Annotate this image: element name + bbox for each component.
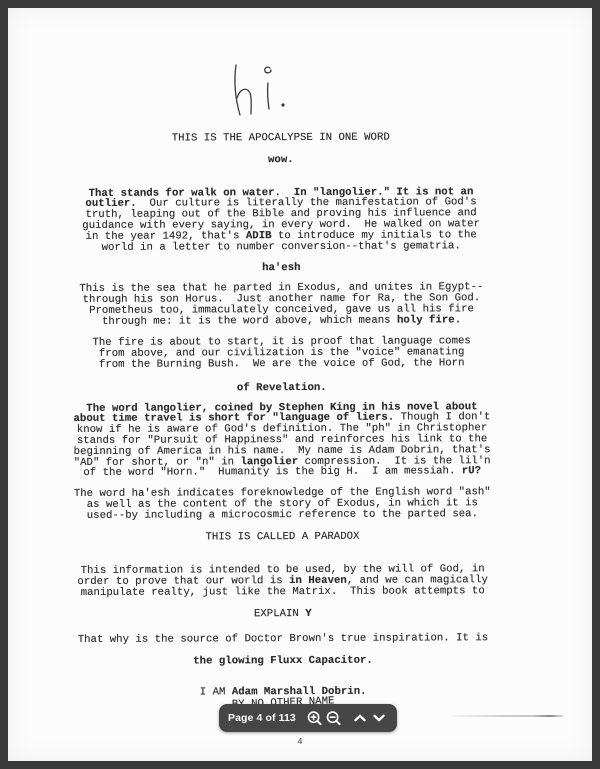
paragraph-fire-start: The fire is about to start, it is proof … <box>8 336 556 371</box>
text-line: the glowing Fluxx Capacitor. <box>9 655 557 668</box>
paradox-heading: THIS IS CALLED A PARADOX <box>8 530 556 543</box>
document-text: THIS IS THE APOCALYPSE IN ONE WORDwow.Th… <box>7 132 594 721</box>
magnifier-minus-icon <box>325 710 342 727</box>
text-line: THIS IS THE APOCALYPSE IN ONE WORD <box>7 132 555 145</box>
paragraph-haesh-ash: The word ha'esh indicates foreknowledge … <box>8 487 556 522</box>
text-line: ha'esh <box>7 262 555 275</box>
explain-y-heading: EXPLAIN Y <box>9 608 557 621</box>
wow-line: wow. <box>7 154 555 167</box>
page-footer-number: 4 <box>8 737 592 747</box>
paragraph-doctor-brown: That why is the source of Doctor Brown's… <box>9 632 557 645</box>
zoom-in-button[interactable] <box>306 707 323 729</box>
next-page-button[interactable] <box>371 707 388 729</box>
paragraph-walk-on-water: That stands for walk on water. In "lango… <box>7 186 555 253</box>
paragraph-heaven-matrix: This information is intended to be used,… <box>9 564 557 599</box>
magnifier-plus-icon <box>306 710 323 727</box>
revelation-heading: of Revelation. <box>8 382 556 395</box>
text-line: manipulate realty, just like the Matrix.… <box>9 586 557 599</box>
text-line: used--by including a microcosmic referen… <box>8 509 556 522</box>
page-indicator: Page 4 of 113 <box>228 712 296 724</box>
title-line: THIS IS THE APOCALYPSE IN ONE WORD <box>7 132 555 145</box>
paragraph-parted-sea: This is the sea that he parted in Exodus… <box>7 282 555 328</box>
pdf-toolbar: Page 4 of 113 <box>219 704 397 732</box>
paragraph-langolier: The word langolier, coined by Stephen Ki… <box>8 401 556 479</box>
text-line: from the Burning Bush. We are the voice … <box>8 358 556 371</box>
previous-page-button[interactable] <box>351 707 368 729</box>
document-page: THIS IS THE APOCALYPSE IN ONE WORDwow.Th… <box>8 8 592 761</box>
chevron-up-icon <box>352 710 368 726</box>
fluxx-heading: the glowing Fluxx Capacitor. <box>9 655 557 668</box>
haesh-heading: ha'esh <box>7 262 555 275</box>
chevron-down-icon <box>371 710 387 726</box>
text-line: That why is the source of Doctor Brown's… <box>9 632 557 645</box>
text-line: THIS IS CALLED A PARADOX <box>8 530 556 543</box>
text-line: EXPLAIN Y <box>9 608 557 621</box>
text-line: wow. <box>7 154 555 167</box>
text-line: of the word "Horn." Humanity is the big … <box>8 466 556 479</box>
text-line: of Revelation. <box>8 382 556 395</box>
handwritten-hi <box>223 62 301 124</box>
scan-artifact-line <box>450 715 564 717</box>
zoom-out-button[interactable] <box>325 707 342 729</box>
